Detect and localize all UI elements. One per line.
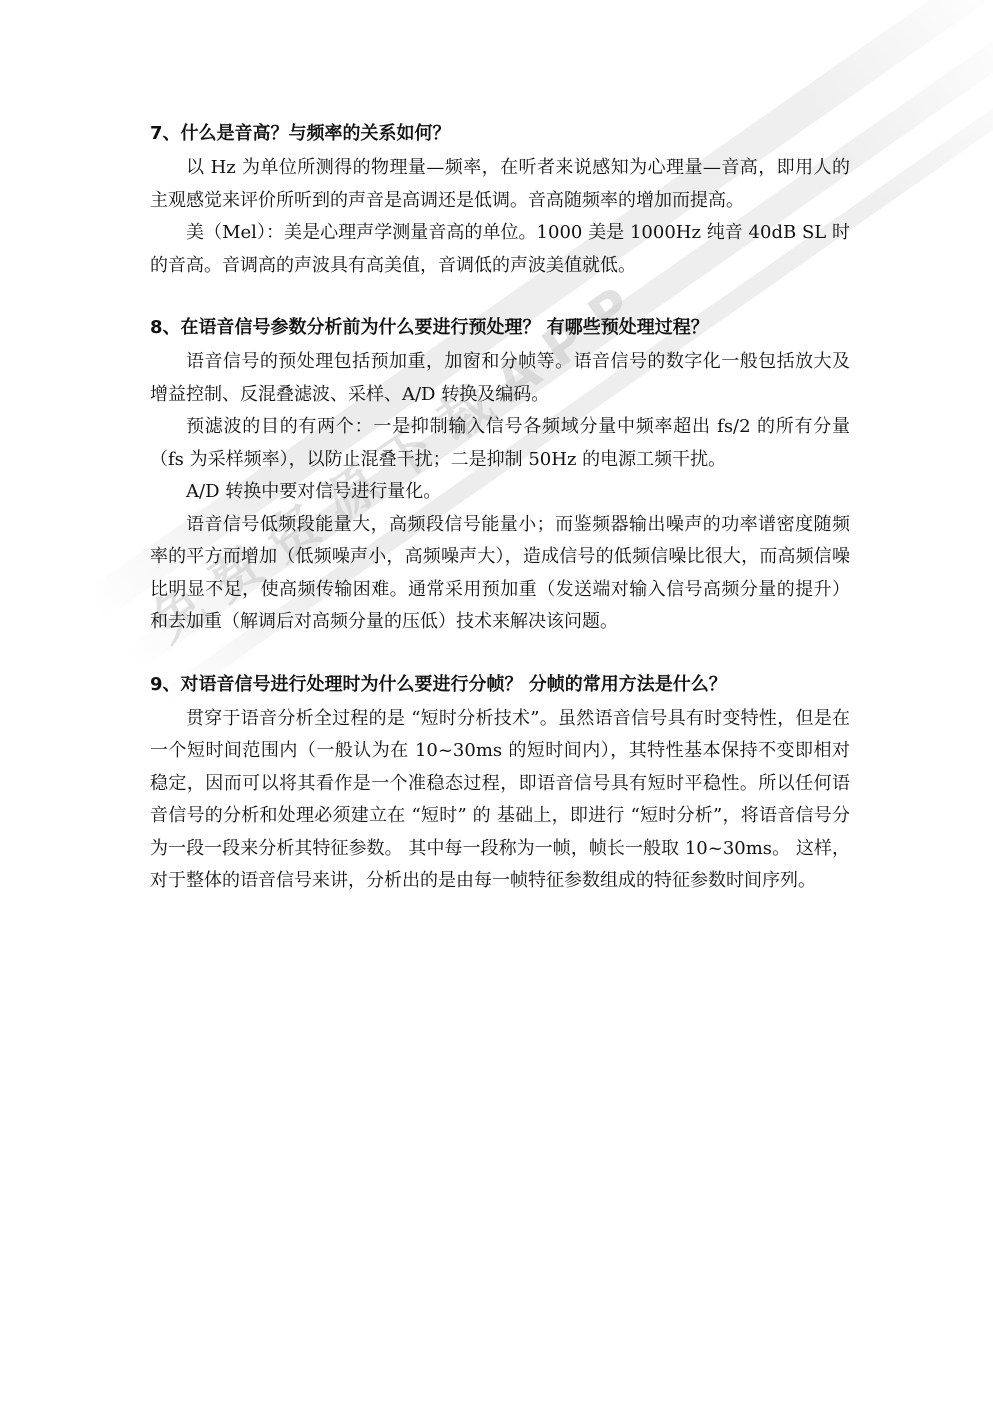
question-9: 9、对语音信号进行处理时为什么要进行分帧？ 分帧的常用方法是什么？ 贯穿于语音分… (150, 669, 850, 898)
document-body: 7、什么是音高？与频率的关系如何？ 以 Hz 为单位所测得的物理量—频率，在听者… (150, 118, 850, 928)
question-8: 8、在语音信号参数分析前为什么要进行预处理？ 有哪些预处理过程？ 语音信号的预处… (150, 312, 850, 639)
paragraph: 美（Mel）：美是心理声学测量音高的单位。1000 美是 1000Hz 纯音 4… (150, 217, 850, 282)
question-title: 8、在语音信号参数分析前为什么要进行预处理？ 有哪些预处理过程？ (150, 312, 850, 344)
paragraph: 预滤波的目的有两个：一是抑制输入信号各频域分量中频率超出 fs/2 的所有分量（… (150, 411, 850, 476)
paragraph: 语音信号的预处理包括预加重，加窗和分帧等。语音信号的数字化一般包括放大及增益控制… (150, 346, 850, 411)
question-7: 7、什么是音高？与频率的关系如何？ 以 Hz 为单位所测得的物理量—频率，在听者… (150, 118, 850, 282)
paragraph: 贯穿于语音分析全过程的是 “短时分析技术”。虽然语音信号具有时变特性，但是在一个… (150, 703, 850, 898)
question-title: 9、对语音信号进行处理时为什么要进行分帧？ 分帧的常用方法是什么？ (150, 669, 850, 701)
paragraph: A/D 转换中要对信号进行量化。 (150, 476, 850, 509)
question-title: 7、什么是音高？与频率的关系如何？ (150, 118, 850, 150)
paragraph: 语音信号低频段能量大，高频段信号能量小；而鉴频器输出噪声的功率谱密度随频率的平方… (150, 509, 850, 639)
paragraph: 以 Hz 为单位所测得的物理量—频率，在听者来说感知为心理量—音高，即用人的主观… (150, 152, 850, 217)
